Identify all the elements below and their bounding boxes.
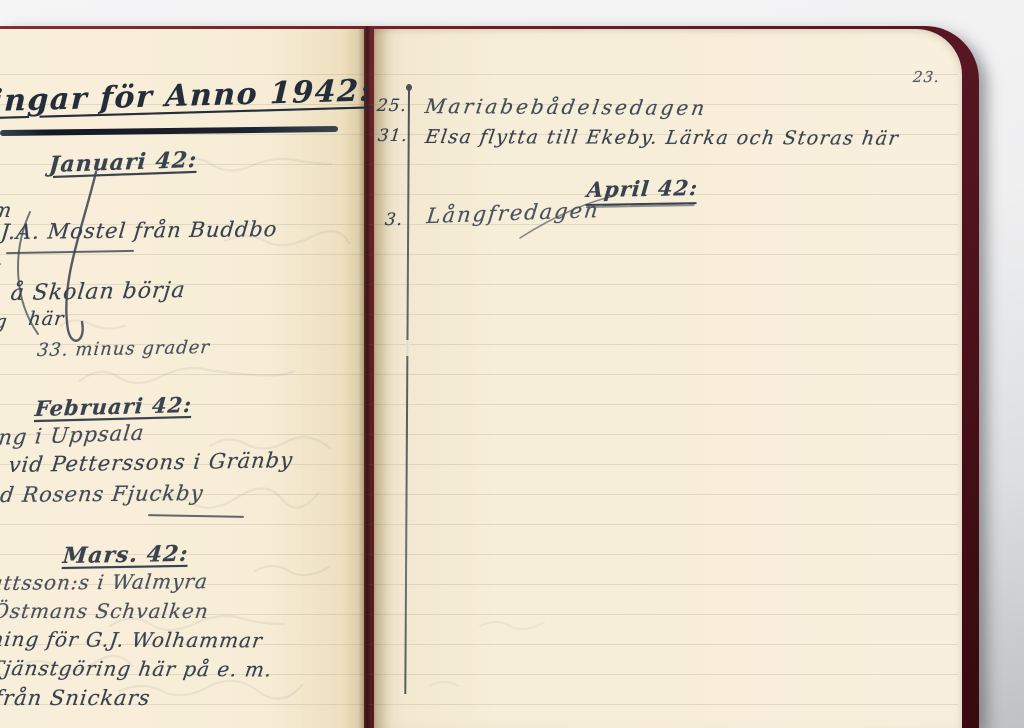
page-number: 23. — [912, 68, 941, 86]
handwritten-line: id Rosens Fjuckby — [0, 481, 205, 507]
handwritten-line: å Skolan börja — [9, 278, 186, 306]
handwritten-line: från Snickars — [0, 686, 152, 710]
diary-entry: Elsa flytta till Ekeby. Lärka och Storas… — [424, 126, 901, 150]
handwritten-line: 33. minus grader — [36, 337, 211, 361]
month-heading-mars: Mars. 42: — [62, 541, 190, 569]
month-heading-januari: Januari 42: — [48, 147, 198, 178]
handwritten-line: vid Petterssons i Gränby — [7, 448, 294, 477]
handwritten-line: Östmans Schvalken — [0, 599, 210, 623]
handwritten-line: ning för G.J. Wolhammar — [0, 627, 264, 652]
handwritten-line: här — [27, 308, 65, 330]
day-number: 25. — [376, 96, 408, 116]
scanned-notebook-photo: ingar för Anno 1942: Januari 42: m J.A. … — [0, 0, 1024, 728]
handwritten-line: J.A. Mostel från Buddbo — [0, 217, 279, 244]
day-number: 31. — [377, 126, 409, 146]
diary-entry: Mariabebådelsedagen — [423, 94, 709, 120]
handwritten-line: attsson:s i Walmyra — [0, 569, 209, 595]
month-heading-februari: Februari 42: — [34, 392, 193, 421]
day-number: 3. — [384, 210, 404, 230]
handwritten-line: Tjänstgöring här på e. m. — [0, 656, 274, 681]
month-heading-april: April 42: — [585, 175, 699, 206]
